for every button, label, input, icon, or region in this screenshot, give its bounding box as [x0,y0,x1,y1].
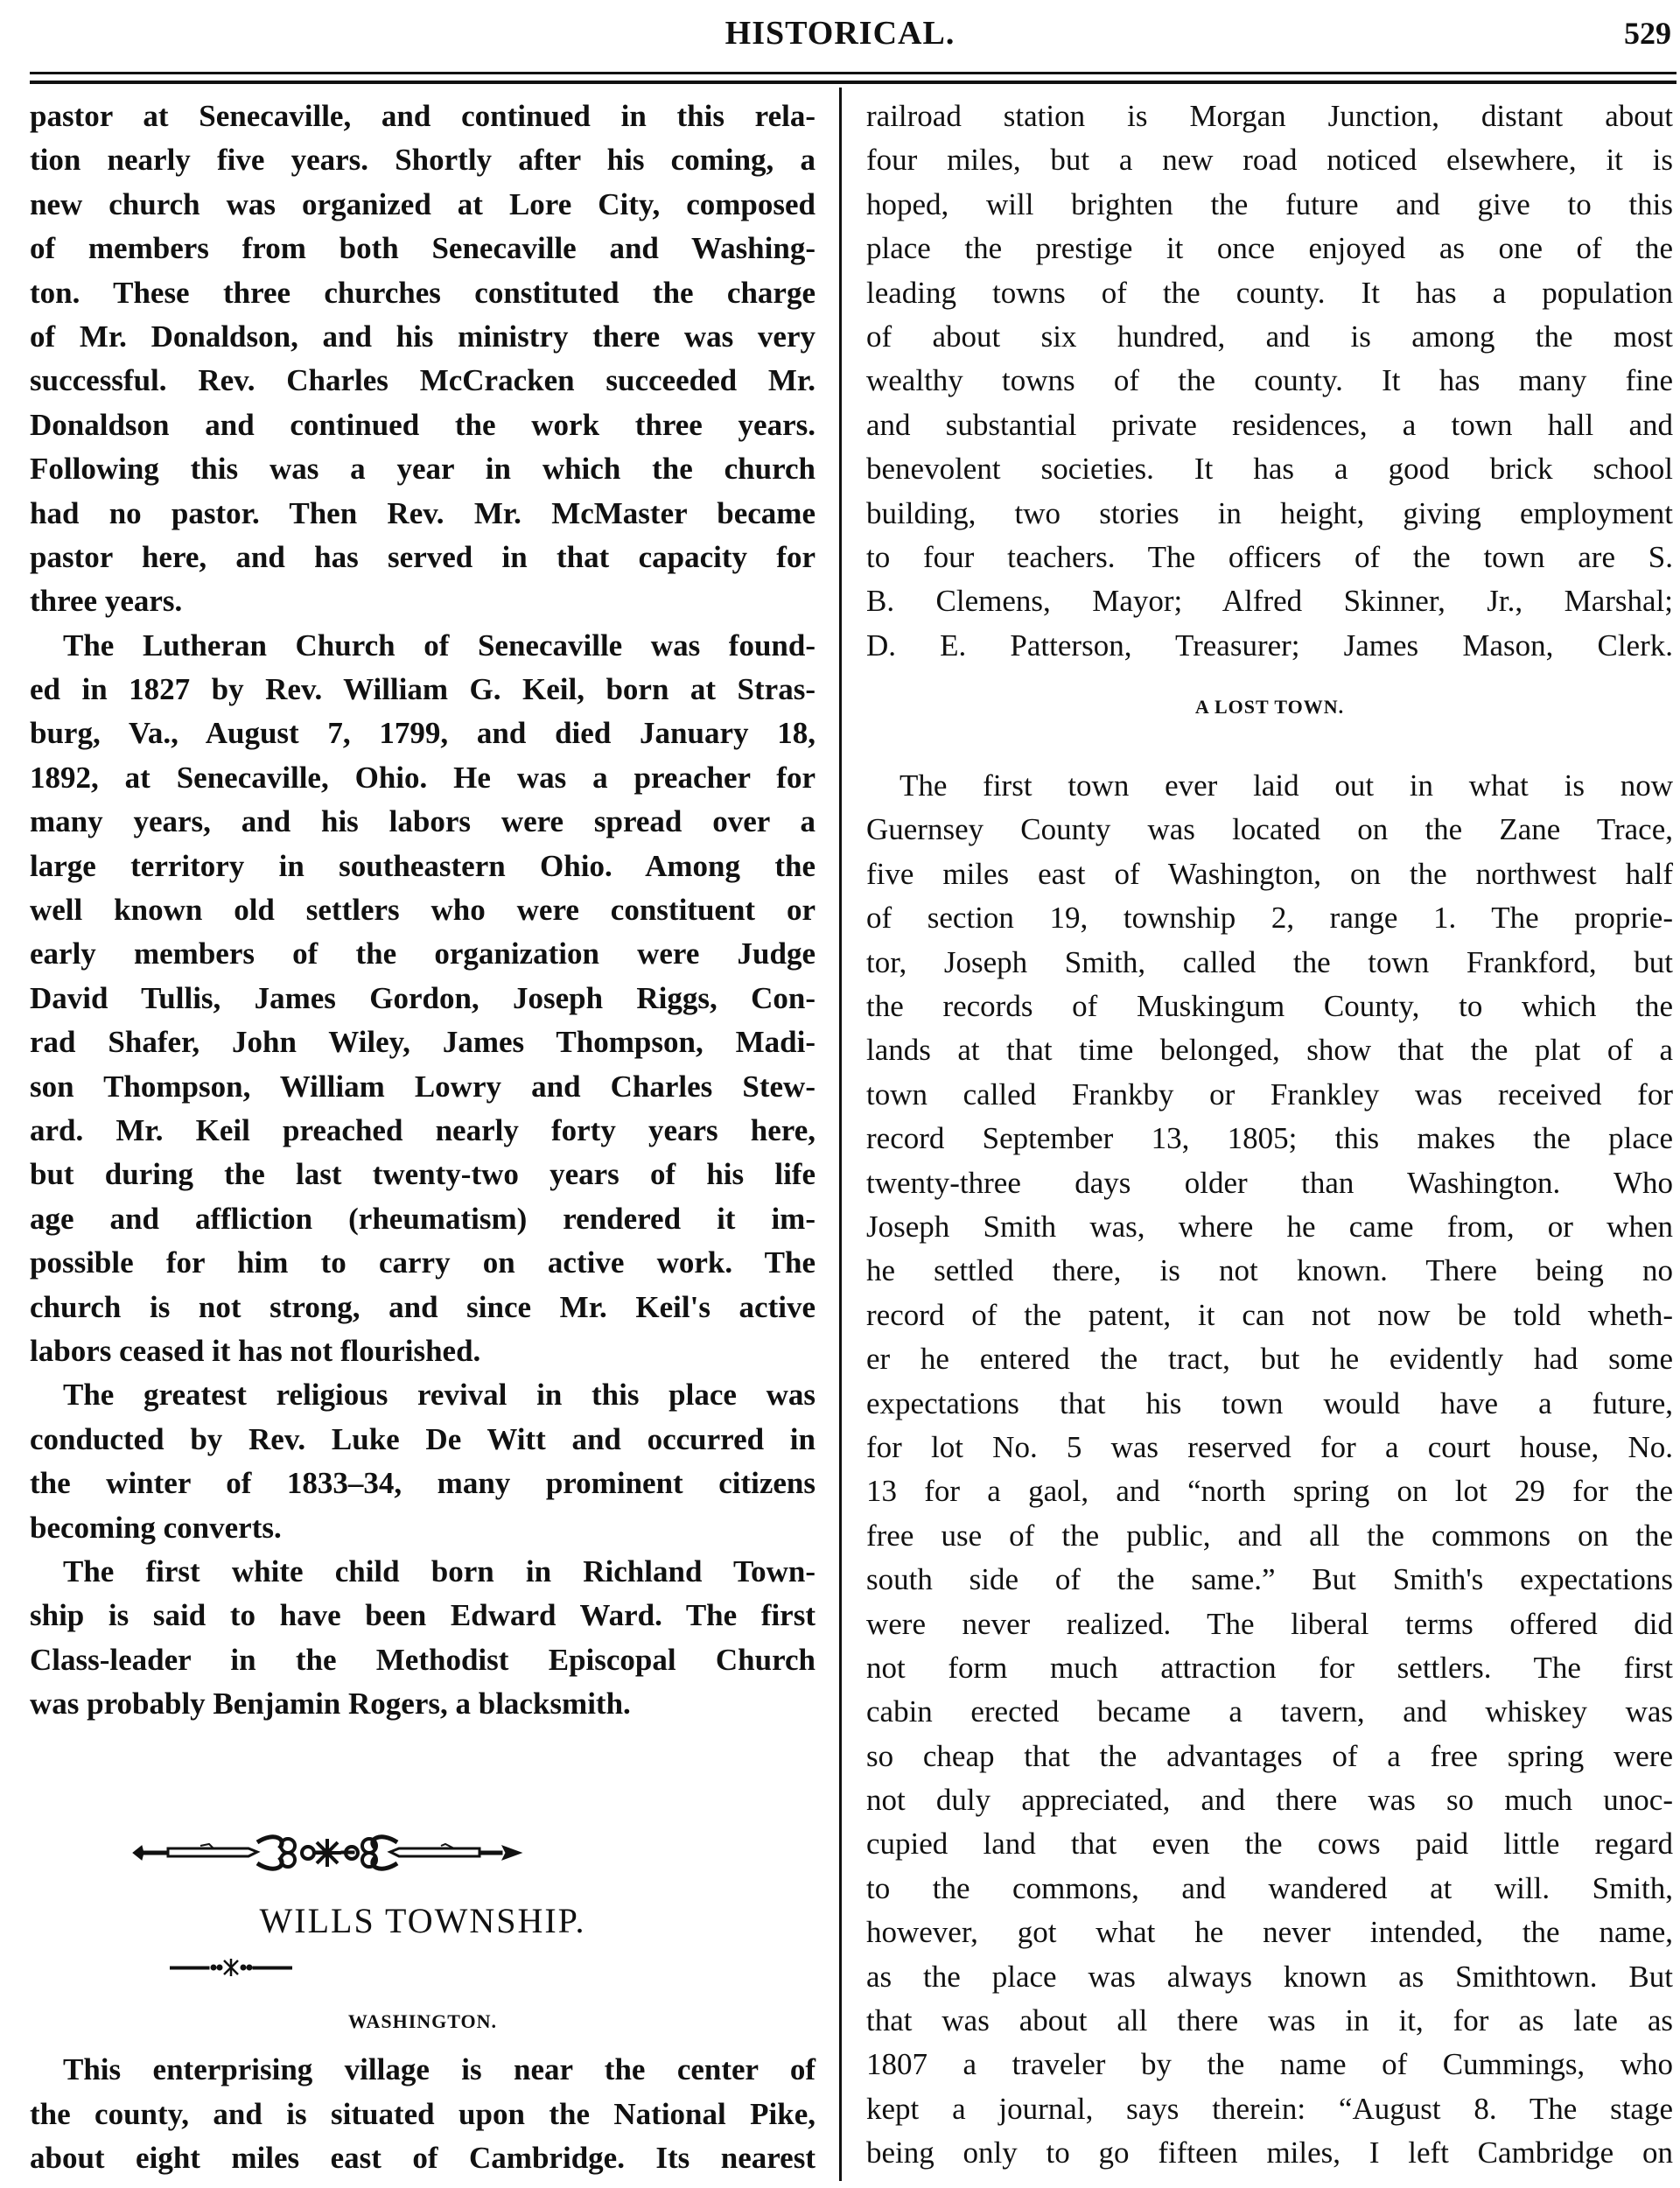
running-head: HISTORICAL. 529 [0,7,1680,60]
text-line: pastor here, and has served in that capa… [30,536,815,579]
text-line: hoped, will brighten the future and give… [866,183,1673,227]
text-line: D. E. Patterson, Treasurer; James Mason,… [866,624,1673,668]
text-line: not form much attraction for settlers. T… [866,1646,1673,1690]
text-line: expectations that his town would have a … [866,1382,1673,1426]
text-line: kept a journal, says therein: “August 8.… [866,2087,1673,2131]
text-line: of section 19, township 2, range 1. The … [866,896,1673,940]
text-line: to four teachers. The officers of the to… [866,536,1673,579]
text-line: cabin erected became a tavern, and whisk… [866,1690,1673,1734]
text-line: leading towns of the county. It has a po… [866,271,1673,315]
text-line: of Mr. Donaldson, and his ministry there… [30,315,815,359]
text-line: four miles, but a new road noticed elsew… [866,138,1673,182]
text-line: The first town ever laid out in what is … [866,764,1673,808]
text-line: wealthy towns of the county. It has many… [866,359,1673,403]
paragraph-lutheran-church: The Lutheran Church of Senecaville was f… [30,624,815,1374]
text-line: cupied land that even the cows paid litt… [866,1822,1673,1866]
text-line: burg, Va., August 7, 1799, and died Janu… [30,712,815,755]
right-column: railroad station is Morgan Junction, dis… [866,95,1673,2176]
text-line: Guernsey County was located on the Zane … [866,808,1673,852]
text-line: successful. Rev. Charles McCracken succe… [30,359,815,403]
text-line: The Lutheran Church of Senecaville was f… [30,624,815,668]
text-line: were never realized. The liberal terms o… [866,1602,1673,1646]
text-line: possible for him to carry on active work… [30,1241,815,1285]
left-column: pastor at Senecaville, and continued in … [30,95,815,2181]
text-line: new church was organized at Lore City, c… [30,183,815,227]
text-line: becoming converts. [30,1506,815,1550]
header-rule-top [30,72,1676,74]
text-line: Donaldson and continued the work three y… [30,403,815,447]
page-number: 529 [1624,7,1671,60]
text-line: many years, and his labors were spread o… [30,800,815,844]
text-line: three years. [30,579,815,623]
small-ornament-block [30,1952,815,1987]
text-line: benevolent societies. It has a good bric… [866,447,1673,491]
text-line: but during the last twenty-two years of … [30,1153,815,1196]
text-line: and substantial private residences, a to… [866,403,1673,447]
text-line: Joseph Smith was, where he came from, or… [866,1205,1673,1249]
header-rule-bottom [30,81,1676,84]
text-line: record September 13, 1805; this makes th… [866,1117,1673,1161]
text-line: B. Clemens, Mayor; Alfred Skinner, Jr., … [866,579,1673,623]
text-line: 1807 a traveler by the name of Cummings,… [866,2043,1673,2086]
paragraph-washington: This enterprising village is near the ce… [30,2048,815,2180]
text-line: ard. Mr. Keil preached nearly forty year… [30,1109,815,1153]
text-line: rad Shafer, John Wiley, James Thompson, … [30,1020,815,1064]
text-line: not duly appreciated, and there was so m… [866,1778,1673,1822]
text-line: twenty-three days older than Washington.… [866,1161,1673,1205]
text-line: to the commons, and wandered at will. Sm… [866,1867,1673,1911]
text-line: of members from both Senecaville and Was… [30,227,815,270]
text-line: David Tullis, James Gordon, Joseph Riggs… [30,977,815,1020]
text-line: conducted by Rev. Luke De Witt and occur… [30,1418,815,1462]
text-line: had no pastor. Then Rev. Mr. McMaster be… [30,492,815,536]
text-line: the winter of 1833–34, many prominent ci… [30,1462,815,1505]
text-line: tor, Joseph Smith, called the town Frank… [866,941,1673,985]
text-line: he settled there, is not known. There be… [866,1249,1673,1293]
text-line: labors ceased it has not flourished. [30,1329,815,1373]
section-title-wills-township: WILLS TOWNSHIP. [30,1890,815,1952]
text-line: record of the patent, it can not now be … [866,1294,1673,1337]
text-line: Following this was a year in which the c… [30,447,815,491]
text-line: age and affliction (rheumatism) rendered… [30,1197,815,1241]
running-title: HISTORICAL. [0,7,1680,60]
text-line: The greatest religious revival in this p… [30,1373,815,1417]
text-line: well known old settlers who were constit… [30,888,815,932]
text-line: son Thompson, William Lowry and Charles … [30,1065,815,1109]
text-line: was probably Benjamin Rogers, a blacksmi… [30,1682,815,1726]
text-line: ship is said to have been Edward Ward. T… [30,1594,815,1637]
text-line: so cheap that the advantages of a free s… [866,1735,1673,1778]
text-line: Class-leader in the Methodist Episcopal … [30,1638,815,1682]
text-line: as the place was always known as Smithto… [866,1955,1673,1999]
text-line: lands at that time belonged, show that t… [866,1028,1673,1072]
text-line: that was about all there was in it, for … [866,1999,1673,2043]
small-decorative-divider-icon [170,1957,292,1978]
text-line: the records of Muskingum County, to whic… [866,985,1673,1028]
text-line: however, got what he never intended, the… [866,1911,1673,1954]
paragraph-revival: The greatest religious revival in this p… [30,1373,815,1550]
subheading-washington: WASHINGTON. [30,1995,815,2048]
text-line: pastor at Senecaville, and continued in … [30,95,815,138]
ornament-block [30,1726,815,1883]
text-line: 1892, at Senecaville, Ohio. He was a pre… [30,756,815,800]
text-line: building, two stories in height, giving … [866,492,1673,536]
text-line: er he entered the tract, but he evidentl… [866,1337,1673,1381]
text-line: church is not strong, and since Mr. Keil… [30,1286,815,1329]
text-line: about eight miles east of Cambridge. Its… [30,2136,815,2180]
text-line: 13 for a gaol, and “north spring on lot … [866,1469,1673,1513]
text-line: place the prestige it once enjoyed as on… [866,227,1673,270]
text-line: being only to go fifteen miles, I left C… [866,2131,1673,2175]
paragraph-first-child: The first white child born in Richland T… [30,1550,815,1727]
decorative-divider-icon [126,1827,528,1879]
text-line: ed in 1827 by Rev. William G. Keil, born… [30,668,815,712]
text-line: early members of the organization were J… [30,932,815,976]
text-line: town called Frankby or Frankley was rece… [866,1073,1673,1117]
paragraph-pastors: pastor at Senecaville, and continued in … [30,95,815,624]
text-line: five miles east of Washington, on the no… [866,852,1673,896]
text-line: The first white child born in Richland T… [30,1550,815,1594]
text-line: free use of the public, and all the comm… [866,1514,1673,1558]
column-divider [839,88,842,2181]
text-line: of about six hundred, and is among the m… [866,315,1673,359]
text-line: This enterprising village is near the ce… [30,2048,815,2092]
text-line: tion nearly five years. Shortly after hi… [30,138,815,182]
text-line: ton. These three churches constituted th… [30,271,815,315]
text-line: railroad station is Morgan Junction, dis… [866,95,1673,138]
text-line: large territory in southeastern Ohio. Am… [30,845,815,888]
subheading-a-lost-town: A LOST TOWN. [866,668,1673,764]
paragraph-lost-town: The first town ever laid out in what is … [866,764,1673,2176]
text-line: the county, and is situated upon the Nat… [30,2093,815,2136]
text-line: for lot No. 5 was reserved for a court h… [866,1426,1673,1469]
text-line: south side of the same.” But Smith's exp… [866,1558,1673,1602]
paragraph-washington-continued: railroad station is Morgan Junction, dis… [866,95,1673,668]
